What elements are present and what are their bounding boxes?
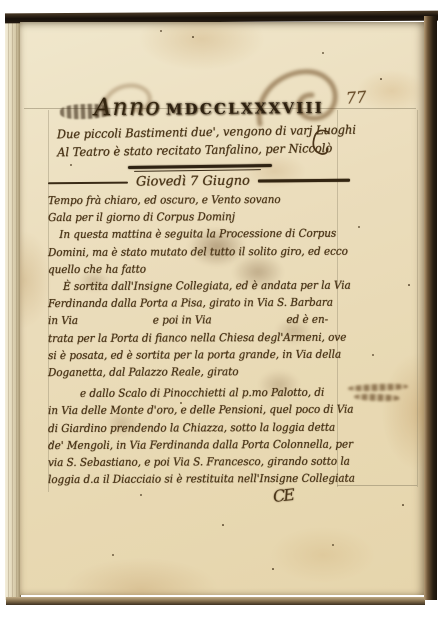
manuscript-line: In questa mattina è seguita la Processio… — [48, 225, 332, 244]
book-page-edges-left — [5, 21, 21, 600]
manuscript-line: Domini, ma è stato mutato del tutto il s… — [48, 242, 332, 261]
section-divider — [128, 164, 272, 172]
foxing-spot — [408, 284, 410, 286]
date-heading-row: Giovedì 7 Giugno — [48, 173, 350, 191]
manuscript-line: in Viae poi in Viaed è en- — [48, 311, 332, 330]
manuscript-page: Anno MDCCLXXXVIII 77 Due piccoli Bastime… — [20, 22, 424, 595]
manuscript-line: trata per la Porta di fianco nella Chies… — [48, 328, 332, 347]
foxing-spot — [372, 354, 374, 356]
margin-ink-smudge — [348, 382, 414, 408]
page-number: 77 — [345, 87, 367, 107]
manuscript-line: quello che ha fatto — [48, 259, 332, 278]
manuscript-line: si è posata, ed è sortita per la porta g… — [48, 346, 332, 365]
foxing-spot — [112, 554, 114, 556]
ruling-right-margin — [417, 110, 418, 487]
foxing-spot — [272, 568, 274, 570]
manuscript-line: via S. Sebastiano, e poi Via S. Francesc… — [48, 453, 332, 472]
foxing-spot — [358, 226, 360, 228]
foxing-spot — [192, 36, 194, 38]
manuscript-line: Ferdinanda dalla Porta a Pisa, girato in… — [48, 294, 332, 313]
intro-line: Al Teatro è stato recitato Tanfalino, pe… — [57, 139, 335, 161]
date-rule-left — [48, 181, 128, 184]
year-title-word: Anno — [94, 93, 161, 122]
manuscript-line: di Giardino prendendo la Chiazza, sotto … — [48, 418, 332, 437]
foxing-spot — [380, 78, 382, 80]
year-title-numerals: MDCCLXXXVIII — [166, 99, 324, 119]
end-monogram: CE — [272, 485, 294, 506]
foxing-spot — [160, 30, 162, 32]
manuscript-line: Tempo frà chiaro, ed oscuro, e Vento sov… — [48, 191, 332, 210]
year-title: Anno MDCCLXXXVIII — [94, 91, 324, 121]
manuscript-line: in Via delle Monte d'oro, e delle Pensio… — [48, 401, 332, 420]
foxing-spot — [222, 524, 224, 526]
manuscript-line: Gala per il giorno di Corpus Dominj — [48, 208, 332, 227]
foxing-spot — [402, 504, 404, 506]
flourish-c-icon — [306, 123, 336, 160]
date-heading: Giovedì 7 Giugno — [128, 173, 258, 189]
manuscript-scan: Anno MDCCLXXXVIII 77 Due piccoli Bastime… — [0, 0, 438, 620]
foxing-spot — [332, 544, 334, 546]
manuscript-line: e dallo Scalo di Pinocchietti al p.mo Pa… — [48, 384, 332, 403]
manuscript-line: de' Mengoli, in Via Ferdinanda dalla Por… — [48, 436, 332, 455]
foxing-spot — [70, 164, 72, 166]
date-rule-right — [258, 179, 350, 182]
foxing-spot — [140, 494, 142, 496]
book-cover-right-edge — [424, 16, 437, 600]
manuscript-line: Doganetta, dal Palazzo Reale, girato — [48, 363, 332, 382]
manuscript-line: È sortita dall'Insigne Collegiata, ed è … — [48, 277, 332, 296]
foxing-spot — [322, 52, 324, 54]
book-bottom-edge — [6, 597, 425, 605]
diary-entry-body: Tempo frà chiaro, ed oscuro, e Vento sov… — [48, 192, 350, 488]
